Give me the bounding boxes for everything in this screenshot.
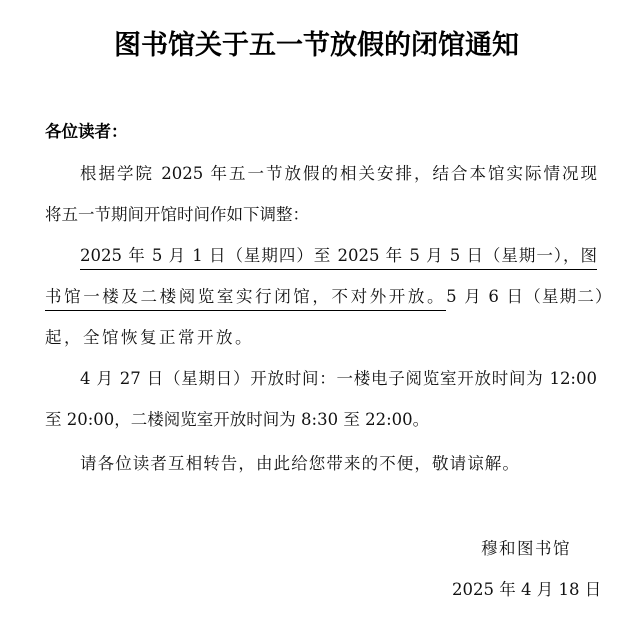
paragraph-1-line-2: 将五一节期间开馆时间作如下调整： bbox=[45, 203, 309, 227]
page-title: 图书馆关于五一节放假的闭馆通知 bbox=[0, 26, 633, 66]
paragraph-3-line-1-hours: 4 月 27 日（星期日）开放时间：一楼电子阅览室开放时间为 12:00 bbox=[80, 367, 597, 391]
signature-organization: 穆和图书馆 bbox=[481, 537, 571, 561]
paragraph-1-line-1: 根据学院 2025 年五一节放假的相关安排，结合本馆实际情况现 bbox=[80, 162, 597, 186]
salutation: 各位读者： bbox=[45, 120, 128, 144]
paragraph-2-line-2: 书馆一楼及二楼阅览室实行闭馆，不对外开放。 5 月 6 日（星期二） bbox=[45, 285, 597, 311]
paragraph-2-line-3: 起，全馆恢复正常开放。 bbox=[45, 326, 254, 350]
paragraph-3-line-2-hours: 至 20:00，二楼阅览室开放时间为 8:30 至 22:00。 bbox=[45, 408, 429, 432]
closure-scope-underlined: 书馆一楼及二楼阅览室实行闭馆，不对外开放。 bbox=[45, 285, 446, 311]
paragraph-4-apology: 请各位读者互相转告，由此给您带来的不便，敬请谅解。 bbox=[80, 452, 520, 476]
signature-date: 2025 年 4 月 18 日 bbox=[452, 578, 601, 602]
reopen-date: 5 月 6 日（星期二） bbox=[446, 285, 613, 311]
paragraph-2-line-1-closure-dates: 2025 年 5 月 1 日（星期四）至 2025 年 5 月 5 日（星期一）… bbox=[80, 244, 597, 270]
